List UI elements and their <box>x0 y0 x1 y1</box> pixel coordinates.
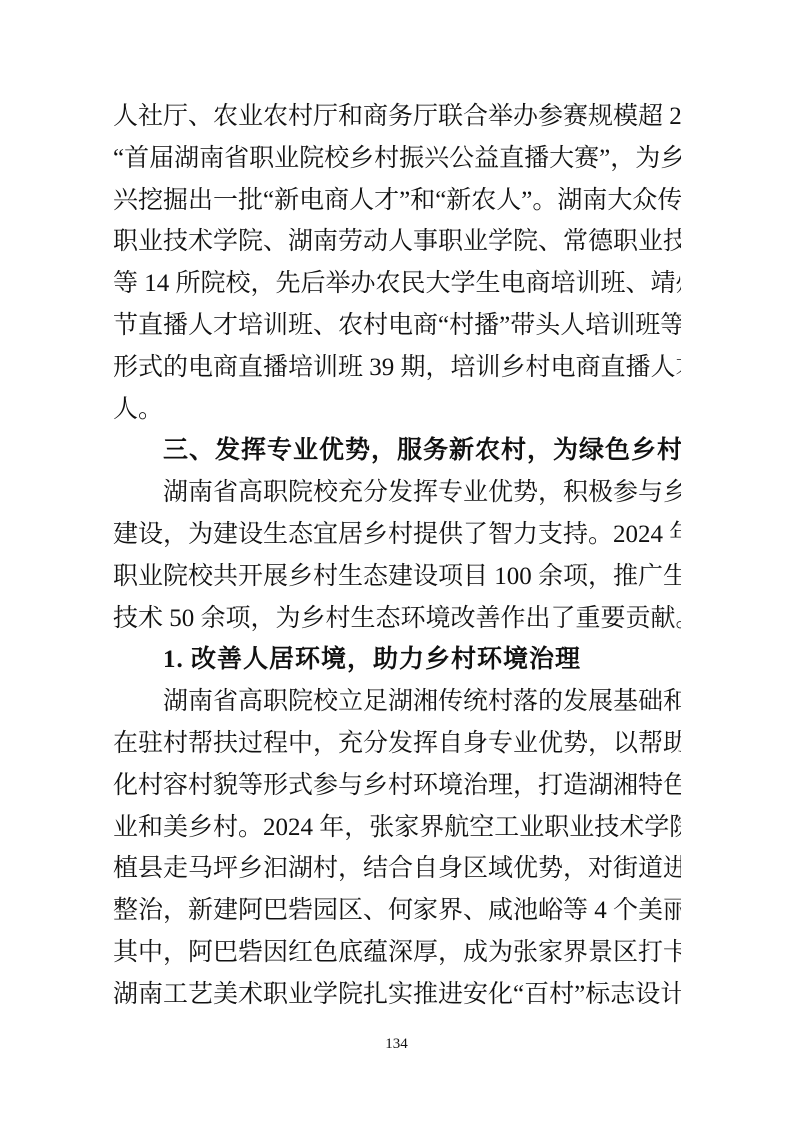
section-heading: 1. 改善人居环境，助力乡村环境治理 <box>113 639 681 681</box>
section-heading: 三、发挥专业优势，服务新农村，为绿色乡村献“智” <box>113 430 681 472</box>
text-line: 人。 <box>113 389 681 431</box>
text-line: 湖南省高职院校立足湖湘传统村落的发展基础和优势， <box>113 681 681 723</box>
text-line: 技术 50 余项，为乡村生态环境改善作出了重要贡献。 <box>113 598 681 640</box>
text-line: 等 14 所院校，先后举办农民大学生电商培训班、靖州杨梅 <box>113 263 681 305</box>
text-line: 节直播人才培训班、农村电商“村播”带头人培训班等不同 <box>113 305 681 347</box>
document-page: 人社厅、农业农村厅和商务厅联合举办参赛规模超 2 万人的“首届湖南省职业院校乡村… <box>0 0 793 1122</box>
text-line: 化村容村貌等形式参与乡村环境治理，打造湖湘特色宜居宜 <box>113 765 681 807</box>
text-line: 职业院校共开展乡村生态建设项目 100 余项，推广生态环保 <box>113 556 681 598</box>
text-line: 建设，为建设生态宜居乡村提供了智力支持。2024 年，全省 <box>113 514 681 556</box>
text-line: 在驻村帮扶过程中，充分发挥自身专业优势，以帮助驻地美 <box>113 723 681 765</box>
text-line: 业和美乡村。2024 年，张家界航空工业职业技术学院帮扶桑 <box>113 807 681 849</box>
text-line: 形式的电商直播培训班 39 期，培训乡村电商直播人才 3649 <box>113 347 681 389</box>
text-line: 职业技术学院、湖南劳动人事职业学院、常德职业技术学院 <box>113 221 681 263</box>
page-number: 134 <box>0 1034 793 1054</box>
text-line: 湖南省高职院校充分发挥专业优势，积极参与乡村生态 <box>113 472 681 514</box>
text-line: 其中，阿巴砦因红色底蕴深厚，成为张家界景区打卡新地标。 <box>113 932 681 974</box>
text-line: 人社厅、农业农村厅和商务厅联合举办参赛规模超 2 万人的 <box>113 96 681 138</box>
text-body: 人社厅、农业农村厅和商务厅联合举办参赛规模超 2 万人的“首届湖南省职业院校乡村… <box>113 96 681 1016</box>
text-line: 兴挖掘出一批“新电商人才”和“新农人”。湖南大众传媒 <box>113 180 681 222</box>
text-line: 植县走马坪乡汩湖村，结合自身区域优势，对街道进行延伸 <box>113 848 681 890</box>
text-line: 湖南工艺美术职业学院扎实推进安化“百村”标志设计项目， <box>113 974 681 1016</box>
text-line: “首届湖南省职业院校乡村振兴公益直播大赛”，为乡村振 <box>113 138 681 180</box>
text-line: 整治，新建阿巴砦园区、何家界、咸池峪等 4 个美丽屋场， <box>113 890 681 932</box>
